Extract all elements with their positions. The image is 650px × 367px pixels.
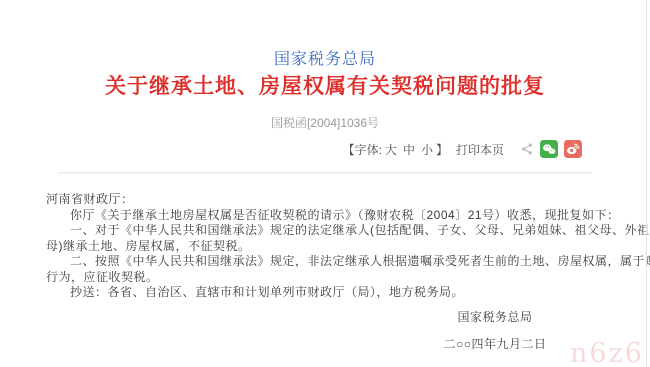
document-body: 河南省财政厅：你厅《关于继承土地房屋权属是否征收契税的请示》（豫财农税〔2004…: [46, 192, 606, 301]
watermark: n6z6: [570, 338, 644, 367]
signature-agency: 国家税务总局: [390, 308, 600, 325]
body-line: 二、按照《中华人民共和国继承法》规定，非法定继承人根据遗嘱承受死者生前的土地、房…: [46, 254, 606, 270]
signature-block: 国家税务总局 二○○四年九月二日: [390, 308, 600, 352]
font-size-medium-button[interactable]: 中: [403, 141, 415, 158]
agency-heading: 国家税务总局: [0, 46, 650, 69]
divider: [58, 172, 592, 173]
page-right-border: [646, 0, 647, 367]
font-size-large-button[interactable]: 大: [385, 141, 397, 158]
body-line: 你厅《关于继承土地房屋权属是否征收契税的请示》（豫财农税〔2004〕21号）收悉…: [46, 208, 606, 224]
signature-date: 二○○四年九月二日: [390, 335, 600, 352]
doc-number: 国税函[2004]1036号: [0, 114, 650, 131]
font-label-close: 】: [436, 141, 448, 158]
font-label-open: 【字体:: [343, 141, 382, 158]
body-line: 抄送：各省、自治区、直辖市和计划单列市财政厅（局），地方税务局。: [46, 285, 606, 301]
body-line: 行为，应征收契税。: [46, 270, 606, 286]
body-line: 一、对于《中华人民共和国继承法》规定的法定继承人(包括配偶、子女、父母、兄弟姐妹…: [46, 223, 606, 239]
share-icon[interactable]: [520, 142, 534, 156]
body-line: 河南省财政厅：: [46, 192, 606, 208]
document-title: 关于继承土地、房屋权属有关契税问题的批复: [0, 70, 650, 100]
toolbar: 【字体: 大 中 小 】 打印本页: [343, 139, 582, 159]
wechat-icon[interactable]: [540, 140, 558, 158]
font-size-small-button[interactable]: 小: [421, 141, 433, 158]
body-line: 母)继承土地、房屋权属，不征契税。: [46, 239, 606, 255]
document-page: 国家税务总局 关于继承土地、房屋权属有关契税问题的批复 国税函[2004]103…: [0, 0, 650, 367]
print-page-button[interactable]: 打印本页: [456, 141, 504, 158]
weibo-icon[interactable]: [564, 140, 582, 158]
